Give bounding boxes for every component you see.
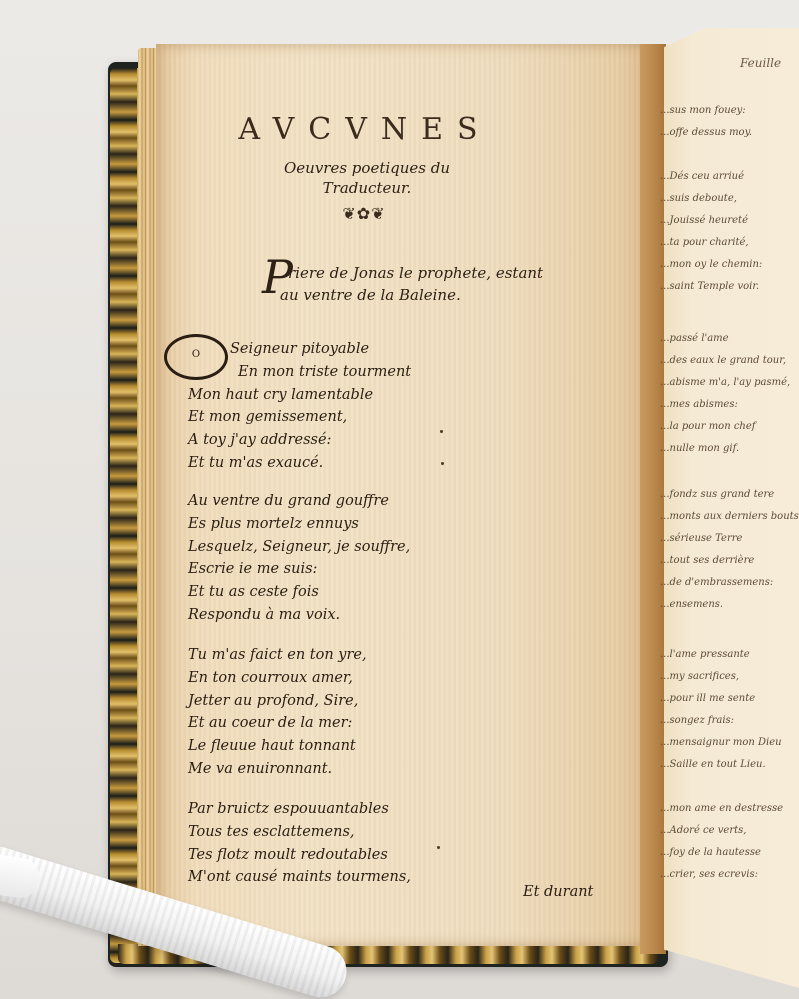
- partial-line: ...mon oy le chemin:: [660, 254, 799, 276]
- partial-line: ...suis deboute,: [660, 188, 799, 210]
- partial-line: ...Jouissé heureté: [660, 210, 799, 232]
- verse-line: Lesquelz, Seigneur, je souffre,: [188, 536, 608, 559]
- book-photo: AVCVNES Oeuvres poetiques du Traducteur.…: [0, 0, 799, 999]
- partial-line: [660, 144, 799, 166]
- partial-line: ...ta pour charité,: [660, 232, 799, 254]
- verse-line: Mon haut cry lamentable: [188, 384, 608, 407]
- partial-line: ...mon ame en destresse: [660, 798, 799, 820]
- ink-speck: [437, 846, 440, 849]
- partial-line: ...foy de la hautesse: [660, 842, 799, 864]
- stanza-3: Tu m'as faict en ton yre, En ton courrou…: [188, 644, 608, 781]
- stanza-1: Seigneur pitoyable En mon triste tourmen…: [188, 338, 608, 475]
- partial-line: ...songez frais:: [660, 710, 799, 732]
- drop-cap-p: P: [262, 254, 293, 300]
- partial-line: ...ensemens.: [660, 594, 799, 616]
- partial-line: ...Saille en tout Lieu.: [660, 754, 799, 776]
- verse-line: Par bruictz espouuantables: [188, 798, 608, 821]
- ink-speck: [441, 462, 444, 465]
- partial-line: ...saint Temple voir.: [660, 276, 799, 298]
- partial-line: ...abisme m'a, l'ay pasmé,: [660, 372, 799, 394]
- partial-line: ...mensaignur mon Dieu: [660, 732, 799, 754]
- verse-line: Es plus mortelz ennuys: [188, 513, 608, 536]
- partial-line: ...des eaux le grand tour,: [660, 350, 799, 372]
- verse-line: En mon triste tourment: [188, 361, 608, 384]
- partial-line: ...sus mon fouey:: [660, 100, 799, 122]
- partial-line: ...fondz sus grand tere: [660, 484, 799, 506]
- partial-line: ...la pour mon chef: [660, 416, 799, 438]
- page-subtitle: Oeuvres poetiques du Traducteur.: [222, 158, 512, 198]
- right-page-block-3: ...fondz sus grand tere ...monts aux der…: [660, 484, 799, 616]
- right-page-block-5: ...mon ame en destresse ...Adoré ce vert…: [660, 798, 799, 886]
- partial-line: ...monts aux derniers bouts,: [660, 506, 799, 528]
- verse-line: En ton courroux amer,: [188, 667, 608, 690]
- verse-line: Et tu m'as exaucé.: [188, 452, 608, 475]
- verse-line: Tu m'as faict en ton yre,: [188, 644, 608, 667]
- partial-line: ...mes abismes:: [660, 394, 799, 416]
- folio-label: Feuille: [740, 56, 781, 70]
- partial-line: ...pour ill me sente: [660, 688, 799, 710]
- verse-line: Tous tes esclattemens,: [188, 821, 608, 844]
- partial-line: ...l'ame pressante: [660, 644, 799, 666]
- verse-line: A toy j'ay addressé:: [188, 429, 608, 452]
- verse-line: Et tu as ceste fois: [188, 581, 608, 604]
- partial-line: ...de d'embrassemens:: [660, 572, 799, 594]
- partial-line: ...nulle mon gif.: [660, 438, 799, 460]
- verse-line: Tes flotz moult redoutables: [188, 844, 608, 867]
- partial-line: ...Adoré ce verts,: [660, 820, 799, 842]
- right-page-block-4: ...l'ame pressante ...my sacrifices, ...…: [660, 644, 799, 776]
- verse-line: Jetter au profond, Sire,: [188, 690, 608, 713]
- verse-line: Seigneur pitoyable: [188, 338, 608, 361]
- partial-line: ...passé l'ame: [660, 328, 799, 350]
- verse-line: Respondu à ma voix.: [188, 604, 608, 627]
- partial-line: ...tout ses derrière: [660, 550, 799, 572]
- heading-line: au ventre de la Baleine.: [262, 284, 592, 306]
- right-page-block-2: ...passé l'ame ...des eaux le grand tour…: [660, 328, 799, 460]
- verse-line: Et mon gemissement,: [188, 406, 608, 429]
- stanza-4: Par bruictz espouuantables Tous tes escl…: [188, 798, 608, 889]
- catchword: Et durant: [523, 884, 593, 900]
- verse-line: Escrie ie me suis:: [188, 558, 608, 581]
- fleuron-ornament-icon: ❦✿❦: [334, 204, 394, 223]
- partial-line: ...sérieuse Terre: [660, 528, 799, 550]
- partial-line: ...Dés ceu arriué: [660, 166, 799, 188]
- verse-line: Au ventre du grand gouffre: [188, 490, 608, 513]
- verse-line: Et au coeur de la mer:: [188, 712, 608, 735]
- right-page-block-1: ...sus mon fouey: ...offe dessus moy. ..…: [660, 100, 799, 298]
- heading-line: riere de Jonas le prophete, estant: [262, 262, 592, 284]
- partial-line: ...offe dessus moy.: [660, 122, 799, 144]
- subtitle-line: Traducteur.: [222, 178, 512, 198]
- verse-line: Me va enuironnant.: [188, 758, 608, 781]
- stanza-2: Au ventre du grand gouffre Es plus morte…: [188, 490, 608, 627]
- ink-speck: [440, 430, 443, 433]
- gilt-spine-edge: [110, 68, 140, 963]
- partial-line: ...crier, ses ecrevis:: [660, 864, 799, 886]
- subtitle-line: Oeuvres poetiques du: [222, 158, 512, 178]
- verse-line: Le fleuue haut tonnant: [188, 735, 608, 758]
- partial-line: ...my sacrifices,: [660, 666, 799, 688]
- page-title: AVCVNES: [220, 112, 510, 147]
- poem-heading: P riere de Jonas le prophete, estant au …: [262, 262, 592, 306]
